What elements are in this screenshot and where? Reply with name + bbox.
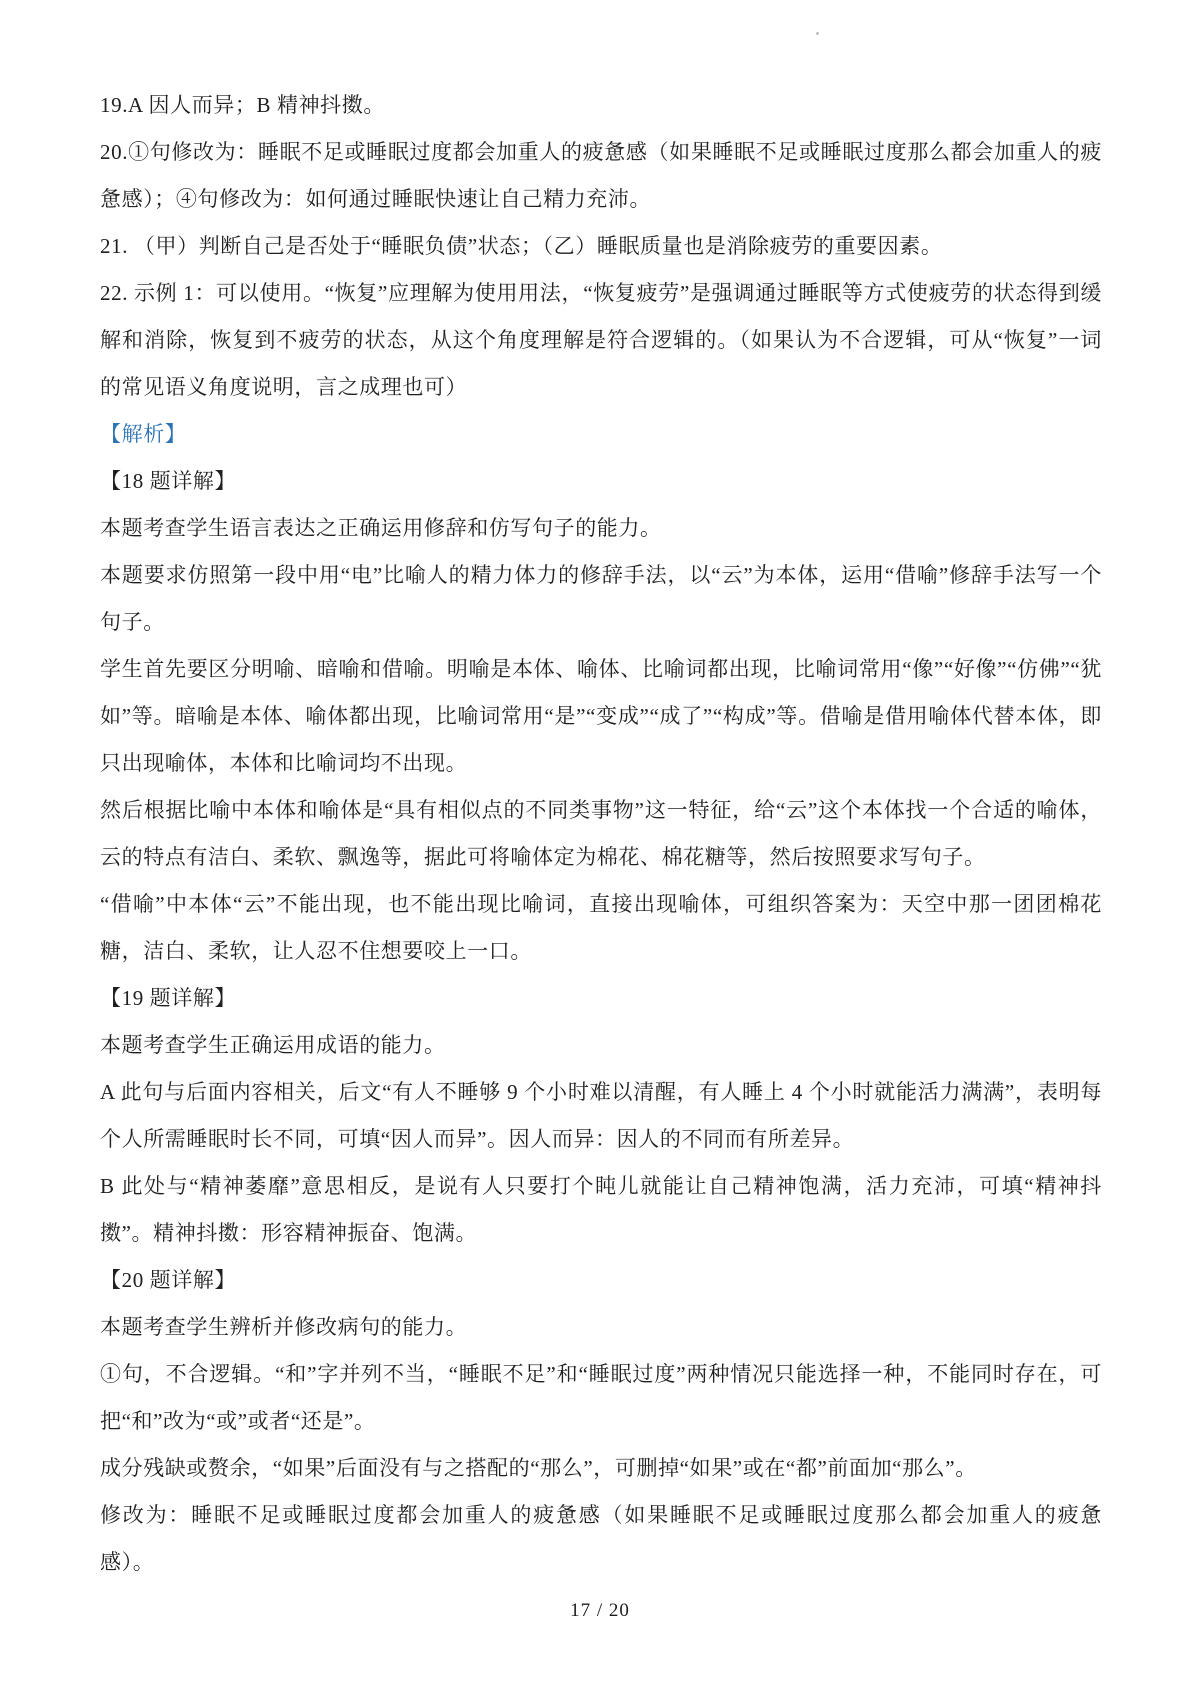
paragraph-answer-21: 21. （甲）判断自己是否处于“睡眠负债”状态；（乙）睡眠质量也是消除疲劳的重要…	[100, 223, 1102, 270]
paragraph-answer-20: 20.①句修改为：睡眠不足或睡眠过度都会加重人的疲惫感（如果睡眠不足或睡眠过度那…	[100, 129, 1102, 223]
paragraph-answer-22: 22. 示例 1：可以使用。“恢复”应理解为使用用法，“恢复疲劳”是强调通过睡眠…	[100, 270, 1102, 411]
paragraph-analysis-heading: 【解析】	[100, 411, 1102, 458]
paragraph-detail-20-p2: ①句，不合逻辑。“和”字并列不当，“睡眠不足”和“睡眠过度”两种情况只能选择一种…	[100, 1351, 1102, 1445]
paragraph-answer-19: 19.A 因人而异；B 精神抖擞。	[100, 82, 1102, 129]
document-body: 19.A 因人而异；B 精神抖擞。20.①句修改为：睡眠不足或睡眠过度都会加重人…	[100, 82, 1102, 1586]
paragraph-detail-18-p5: “借喻”中本体“云”不能出现，也不能出现比喻词，直接出现喻体，可组织答案为：天空…	[100, 881, 1102, 975]
paragraph-detail-19-p3: B 此处与“精神萎靡”意思相反，是说有人只要打个盹儿就能让自己精神饱满，活力充沛…	[100, 1163, 1102, 1257]
paragraph-detail-20-p3: 成分残缺或赘余，“如果”后面没有与之搭配的“那么”，可删掉“如果”或在“都”前面…	[100, 1445, 1102, 1492]
paragraph-detail-18-heading: 【18 题详解】	[100, 458, 1102, 505]
paragraph-detail-18-p2: 本题要求仿照第一段中用“电”比喻人的精力体力的修辞手法，以“云”为本体，运用“借…	[100, 552, 1102, 646]
paragraph-detail-20-p1: 本题考查学生辨析并修改病句的能力。	[100, 1304, 1102, 1351]
paragraph-detail-18-p1: 本题考查学生语言表达之正确运用修辞和仿写句子的能力。	[100, 505, 1102, 552]
paragraph-detail-20-heading: 【20 题详解】	[100, 1257, 1102, 1304]
paragraph-detail-19-p2: A 此句与后面内容相关，后文“有人不睡够 9 个小时难以清醒，有人睡上 4 个小…	[100, 1069, 1102, 1163]
paragraph-detail-19-p1: 本题考查学生正确运用成语的能力。	[100, 1022, 1102, 1069]
paragraph-detail-20-p4: 修改为：睡眠不足或睡眠过度都会加重人的疲惫感（如果睡眠不足或睡眠过度那么都会加重…	[100, 1492, 1102, 1586]
paragraph-detail-18-p3: 学生首先要区分明喻、暗喻和借喻。明喻是本体、喻体、比喻词都出现，比喻词常用“像”…	[100, 646, 1102, 787]
page-number: 17 / 20	[0, 1600, 1200, 1622]
paragraph-detail-19-heading: 【19 题详解】	[100, 975, 1102, 1022]
paragraph-detail-18-p4: 然后根据比喻中本体和喻体是“具有相似点的不同类事物”这一特征，给“云”这个本体找…	[100, 787, 1102, 881]
scan-artifact-dot	[816, 32, 819, 35]
document-page: 19.A 因人而异；B 精神抖擞。20.①句修改为：睡眠不足或睡眠过度都会加重人…	[0, 0, 1200, 1697]
